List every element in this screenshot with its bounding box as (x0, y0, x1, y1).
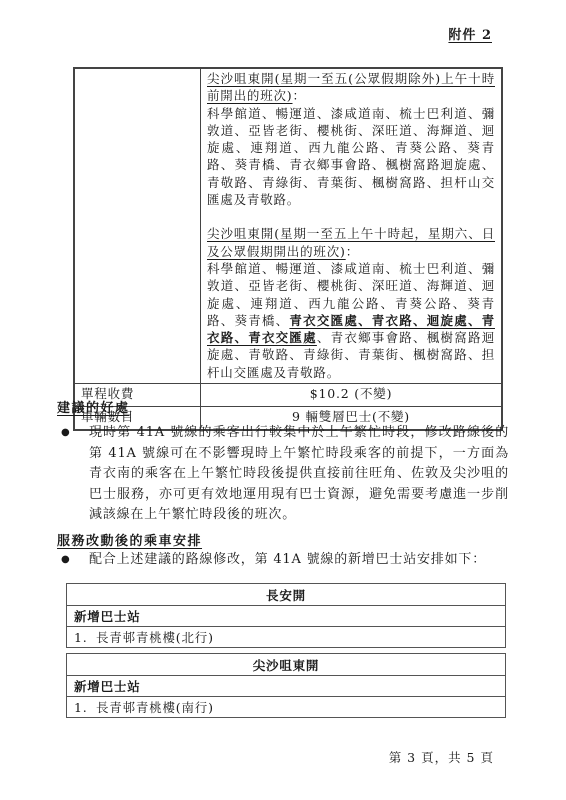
table-row: 尖沙咀東開(星期一至五(公眾假期除外)上午十時前開出的班次)： 科學館道、暢運道… (74, 68, 502, 384)
stop-table-title: 長安開 (67, 584, 506, 606)
list-item: ● 配合上述建議的路線修改，第 41A 號線的新增巴士站安排如下： (57, 550, 509, 571)
bullet-icon: ● (57, 423, 89, 526)
stop-item-number: 1. (74, 700, 96, 715)
route-row-label-empty (74, 68, 201, 384)
weekday-heading-colon: ： (292, 88, 305, 103)
table-row: 1.長青邨青桃樓(北行) (67, 627, 506, 648)
table-row: 單程收費 $10.2 (不變) (74, 384, 502, 407)
table-row: 長安開 (67, 584, 506, 606)
route-details-table: 尖沙咀東開(星期一至五(公眾假期除外)上午十時前開出的班次)： 科學館道、暢運道… (73, 67, 503, 431)
stop-table-subheader: 新增巴士站 (67, 606, 506, 627)
stop-item-text: 長青邨青桃樓(南行) (96, 700, 214, 715)
stop-item: 1.長青邨青桃樓(北行) (67, 627, 506, 648)
list-item: ● 現時第 41A 號線的乘客出行較集中於上午繁忙時段，修改路線後的第 41A … (57, 423, 509, 526)
weekday-heading-text: 尖沙咀東開(星期一至五(公眾假期除外)上午十時前開出的班次) (207, 71, 495, 103)
benefits-bullet-text: 現時第 41A 號線的乘客出行較集中於上午繁忙時段，修改路線後的第 41A 號線… (89, 423, 509, 526)
table-row: 新增巴士站 (67, 676, 506, 697)
weekday-route-text: 科學館道、暢運道、漆咸道南、梳士巴利道、彌敦道、亞皆老街、櫻桃街、深旺道、海輝道… (207, 105, 495, 209)
route-description-cell: 尖沙咀東開(星期一至五(公眾假期除外)上午十時前開出的班次)： 科學館道、暢運道… (201, 68, 503, 384)
table-row: 新增巴士站 (67, 606, 506, 627)
new-stops-table-tst-east: 尖沙咀東開 新增巴士站 1.長青邨青桃樓(南行) (66, 653, 506, 718)
benefits-heading: 建議的好處 (57, 397, 130, 416)
paragraph-gap (207, 208, 495, 225)
table-row: 1.長青邨青桃樓(南行) (67, 697, 506, 718)
stop-item-number: 1. (74, 630, 96, 645)
arrangements-heading: 服務改動後的乘車安排 (57, 530, 202, 549)
bullet-icon: ● (57, 550, 89, 571)
benefits-bullet-block: ● 現時第 41A 號線的乘客出行較集中於上午繁忙時段，修改路線後的第 41A … (57, 423, 509, 526)
table-row: 尖沙咀東開 (67, 654, 506, 676)
weekday-departure-heading: 尖沙咀東開(星期一至五(公眾假期除外)上午十時前開出的班次)： (207, 70, 495, 105)
offpeak-heading-colon: ： (346, 244, 359, 259)
stop-table-title: 尖沙咀東開 (67, 654, 506, 676)
stop-table-subheader: 新增巴士站 (67, 676, 506, 697)
arrangements-bullet-block: ● 配合上述建議的路線修改，第 41A 號線的新增巴士站安排如下： (57, 550, 509, 571)
offpeak-departure-heading: 尖沙咀東開(星期一至五上午十時起，星期六、日及公眾假期開出的班次)： (207, 225, 495, 260)
stop-item-text: 長青邨青桃樓(北行) (96, 630, 214, 645)
page-number: 第 3 頁，共 5 頁 (389, 748, 494, 766)
stop-item: 1.長青邨青桃樓(南行) (67, 697, 506, 718)
fare-value: $10.2 (不變) (201, 384, 503, 407)
new-stops-table-cheung-on: 長安開 新增巴士站 1.長青邨青桃樓(北行) (66, 583, 506, 648)
annex-label: 附件 2 (448, 24, 492, 43)
arrangements-bullet-text: 配合上述建議的路線修改，第 41A 號線的新增巴士站安排如下： (89, 550, 509, 571)
offpeak-route-text: 科學館道、暢運道、漆咸道南、梳士巴利道、彌敦道、亞皆老街、櫻桃街、深旺道、海輝道… (207, 260, 495, 381)
document-page: 附件 2 尖沙咀東開(星期一至五(公眾假期除外)上午十時前開出的班次)： 科學館… (0, 0, 566, 800)
